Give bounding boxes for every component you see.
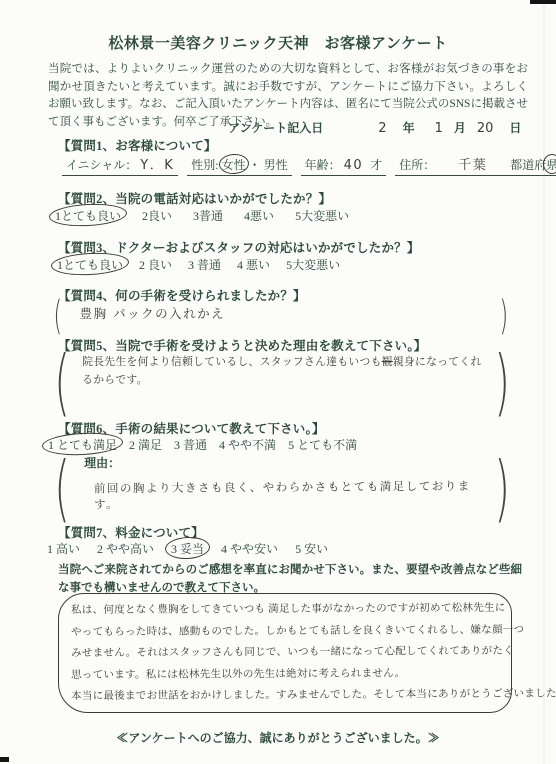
- question-3-options: 1とても良い 2 良い 3 普通 4 悪い 5大変悪い: [57, 256, 340, 273]
- close-paren: ): [494, 452, 509, 520]
- date-label: アンケート記入日: [228, 119, 323, 136]
- age-unit: 才: [370, 158, 382, 172]
- q6-option-5: 5 とても不満: [288, 436, 357, 453]
- initial-field: イニシャル： Y．K: [62, 154, 178, 176]
- crossed-out-character: 観: [382, 355, 393, 368]
- question-6-header: 【質問6、手術の結果について教えて下さい。】: [58, 419, 325, 437]
- q2-option-2: 2良い: [142, 207, 172, 224]
- comment-box: 私は、何度となく豊胸をしてきていつも 満足した事がなかったのですが初めて松林先生…: [58, 593, 512, 713]
- q6-answer-handwriting: 前回の胸より大きさも良く、やわらかさもとても満足しております。: [94, 478, 488, 513]
- age-label: 年齢：: [305, 158, 341, 172]
- q4-answer-handwriting: 豊胸 パックの入れかえ: [80, 306, 225, 321]
- question-6-options: 1 とても満足 2 満足 3 普通 4 やや不満 5 とても不満: [48, 436, 357, 453]
- scan-streak: [543, 0, 545, 764]
- question-1-header: 【質問1、お客様について】: [58, 136, 217, 154]
- q7-option-1: 1 高い: [47, 540, 80, 557]
- comment-line: みせません。それはスタッフさんも同じで、いつも一緒になって心配してくれてありがた…: [71, 641, 502, 665]
- date-month-unit: 月: [454, 119, 466, 136]
- q3-option-4: 4 悪い: [237, 256, 270, 273]
- survey-date-line: アンケート記入日 2 年 1 月 20 日: [228, 119, 521, 136]
- comment-line: やってもらった時は、感動ものでした。しかもとても話しを良くきいてくれるし、嫌な顔…: [71, 619, 502, 643]
- open-paren: (: [54, 296, 63, 332]
- close-paren: ): [500, 296, 509, 332]
- age-value: 40: [344, 158, 364, 173]
- gender-option-male: 男性: [264, 158, 288, 172]
- address-label: 住所：: [399, 158, 435, 172]
- question-7-header: 【質問7、料金について】: [58, 523, 204, 541]
- open-paren: (: [54, 346, 69, 418]
- gender-field: 性別: 女性 ・ 男性: [187, 156, 291, 176]
- scanned-survey-sheet: 松林景一美容クリニック天神 お客様アンケート 当院では、よりよいクリニック運営の…: [0, 0, 556, 764]
- question-6-reason-area: ( 理由： 前回の胸より大きさも良く、やわらかさもとても満足しております。 ): [48, 452, 516, 520]
- address-value: 千葉: [458, 158, 487, 173]
- address-suffix: 都道府: [510, 158, 546, 172]
- question-7-options: 1 高い 2 やや高い 3 妥当 4 やや安い 5 安い: [47, 540, 328, 557]
- q3-option-5: 5大変悪い: [286, 256, 340, 273]
- question-3-header: 【質問3、ドクターおよびスタッフの対応はいかがでしたか？】: [58, 238, 420, 256]
- open-paren: (: [54, 452, 69, 520]
- gender-option-female: 女性: [222, 156, 246, 173]
- comment-line: 本当に最後までお世話をおかけしました。すみませんでした。そして本当にありがとうご…: [71, 684, 502, 708]
- age-field: 年齢： 40 才: [301, 156, 387, 176]
- q7-option-2: 2 やや高い: [97, 540, 154, 557]
- address-suffix-circled: 県: [546, 156, 556, 173]
- comment-line: 私は、何度となく豊胸をしてきていつも 満足した事がなかったのですが初めて松林先生…: [71, 598, 502, 622]
- footer-thanks: ≪アンケートへのご協力、誠にありがとうございました。≫: [0, 729, 556, 746]
- question-4-answer-area: ( 豊胸 パックの入れかえ ): [50, 296, 512, 332]
- q2-option-1: 1とても良い: [55, 207, 121, 224]
- date-day-value: 20: [477, 121, 494, 136]
- address-field: 住所： 千葉 都道府県: [395, 154, 556, 176]
- question-2-header: 【質問2、当院の電話対応はいかがでしたか？】: [58, 189, 331, 207]
- q3-option-1: 1とても良い: [57, 256, 123, 273]
- initial-value: Y．K: [140, 158, 174, 173]
- date-year-unit: 年: [403, 119, 415, 136]
- q7-option-4: 4 やや安い: [221, 540, 278, 557]
- q5-answer-handwriting: 院長先生を何より信頼しているし、スタッフさん達もいつも観親身になってくれるからで…: [82, 355, 482, 386]
- q7-option-3: 3 妥当: [171, 540, 204, 557]
- question-2-options: 1とても良い 2良い 3普通 4悪い 5大変悪い: [55, 207, 349, 224]
- date-day-unit: 日: [509, 119, 521, 136]
- gender-label: 性別:: [191, 158, 218, 172]
- q3-option-3: 3 普通: [188, 256, 221, 273]
- gender-separator: ・: [249, 158, 261, 172]
- comment-line: 思っています。私には松林先生以外の先生は絶対に考えられません。: [71, 662, 502, 686]
- scan-artifact-bottom-left: [0, 757, 9, 762]
- q6-option-2: 2 満足: [129, 436, 162, 453]
- question-5-answer-area: ( 院長先生を何より信頼しているし、スタッフさん達もいつも観親身になってくれるか…: [48, 346, 516, 418]
- survey-title: 松林景一美容クリニック天神 お客様アンケート: [0, 32, 556, 53]
- q2-option-4: 4悪い: [244, 207, 274, 224]
- q2-option-5: 5大変悪い: [295, 207, 349, 224]
- q3-option-2: 2 良い: [139, 256, 172, 273]
- reason-label: 理由：: [84, 454, 488, 471]
- initial-label: イニシャル：: [66, 158, 137, 172]
- feedback-prompt: 当院へご来院されてからのご感想を率直にお聞かせ下さい。また、要望や改善点など些細…: [58, 562, 522, 597]
- close-paren: ): [494, 346, 509, 418]
- date-month-value: 1: [435, 121, 443, 136]
- q6-option-3: 3 普通: [174, 436, 207, 453]
- question-1-fields: イニシャル： Y．K 性別: 女性 ・ 男性 年齢： 40 才 住所： 千葉 都…: [62, 154, 556, 176]
- date-year-value: 2: [378, 121, 386, 136]
- q7-option-5: 5 安い: [295, 540, 328, 557]
- q2-option-3: 3普通: [193, 207, 223, 224]
- q6-option-4: 4 やや不満: [219, 436, 276, 453]
